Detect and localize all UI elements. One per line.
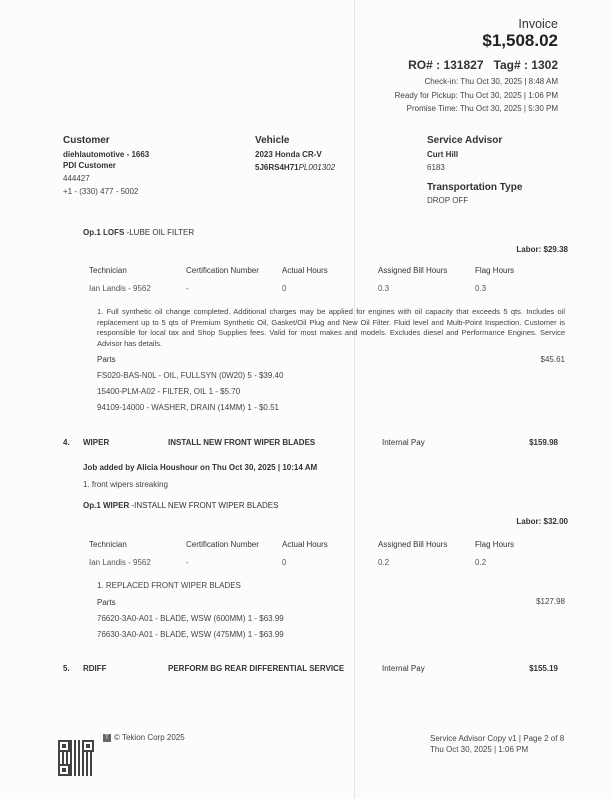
customer-id: 444427 [63, 173, 149, 184]
customer-phone: +1 - (330) 477 - 5002 [63, 186, 149, 197]
job4-added-by: Job added by Alicia Houshour on Thu Oct … [83, 463, 317, 472]
tekion-logo-icon: T [103, 734, 111, 742]
job3-flag-hours: 0.3 [475, 284, 486, 293]
job5-pay-type: Internal Pay [382, 664, 425, 673]
job3-parts-total: $45.61 [541, 355, 565, 364]
job3-header-flag-hours: Flag Hours [475, 266, 514, 275]
vehicle-label: Vehicle [255, 135, 335, 146]
job4-pay-type: Internal Pay [382, 438, 425, 447]
job3-part-3: 94109-14000 - WASHER, DRAIN (14MM) 1 - $… [97, 403, 279, 412]
job3-op-code: Op.1 LOFS [83, 228, 124, 237]
job3-certification: - [186, 284, 189, 293]
transportation-type-label: Transportation Type [427, 182, 522, 193]
job5-number: 5. [63, 664, 70, 673]
scan-fold-line [354, 0, 355, 799]
promise-time: Promise Time: Thu Oct 30, 2025 | 5:30 PM [407, 104, 558, 113]
vehicle-vin: 5J6RS4H71PL001302 [255, 162, 335, 173]
job4-operation: Op.1 WIPER -INSTALL NEW FRONT WIPER BLAD… [83, 501, 278, 510]
job4-concern: 1. front wipers streaking [83, 480, 168, 489]
job4-parts-label: Parts [97, 598, 116, 607]
service-advisor-name: Curt Hill [427, 149, 522, 160]
job5-title: PERFORM BG REAR DIFFERENTIAL SERVICE [168, 664, 344, 673]
job4-part-2: 76630-3A0-A01 - BLADE, WSW (475MM) 1 - $… [97, 630, 284, 639]
job4-header-assigned-bill-hours: Assigned Bill Hours [378, 540, 447, 549]
transportation-type-value: DROP OFF [427, 195, 522, 206]
job3-part-1: FS020-BAS-N0L - OIL, FULLSYN (0W20) 5 - … [97, 371, 283, 380]
job4-op-code: Op.1 WIPER [83, 501, 129, 510]
ready-for-pickup-time: Ready for Pickup: Thu Oct 30, 2025 | 1:0… [395, 91, 558, 100]
job3-header-actual-hours: Actual Hours [282, 266, 328, 275]
vehicle-section: Vehicle 2023 Honda CR-V 5J6RS4H71PL00130… [255, 135, 335, 173]
footer-copyright: T© Tekion Corp 2025 [103, 733, 185, 742]
job3-header-certification: Certification Number [186, 266, 259, 275]
job4-assigned-bill-hours: 0.2 [378, 558, 389, 567]
footer-printed-time: Thu Oct 30, 2025 | 1:06 PM [430, 745, 528, 754]
job4-op-desc: -INSTALL NEW FRONT WIPER BLADES [129, 501, 278, 510]
job3-parts-label: Parts [97, 355, 116, 364]
copyright-text: © Tekion Corp 2025 [114, 733, 185, 742]
vin-suffix: PL001302 [299, 163, 335, 172]
job4-code: WIPER [83, 438, 109, 447]
job5-code: RDIFF [83, 664, 107, 673]
job4-certification: - [186, 558, 189, 567]
job3-op-desc: -LUBE OIL FILTER [124, 228, 194, 237]
job3-labor: Labor: $29.38 [516, 245, 568, 254]
check-in-time: Check-in: Thu Oct 30, 2025 | 8:48 AM [424, 77, 558, 86]
footer-copy-info: Service Advisor Copy v1 | Page 2 of 8 [430, 734, 564, 743]
job4-number: 4. [63, 438, 70, 447]
job4-header-technician: Technician [89, 540, 127, 549]
job4-header-flag-hours: Flag Hours [475, 540, 514, 549]
service-advisor-label: Service Advisor [427, 135, 522, 146]
customer-section: Customer diehlautomotive - 1663 PDI Cust… [63, 135, 149, 197]
job4-parts-total: $127.98 [536, 597, 565, 606]
job4-actual-hours: 0 [282, 558, 286, 567]
customer-label: Customer [63, 135, 149, 146]
job4-header-certification: Certification Number [186, 540, 259, 549]
qr-code [58, 740, 94, 776]
service-advisor-section: Service Advisor Curt Hill 6183 Transport… [427, 135, 522, 206]
job3-part-2: 15400-PLM-A02 - FILTER, OIL 1 - $5.70 [97, 387, 240, 396]
invoice-total: $1,508.02 [482, 31, 558, 51]
job3-technician: Ian Landis - 9562 [89, 284, 151, 293]
service-advisor-id: 6183 [427, 162, 522, 173]
job4-part-1: 76620-3A0-A01 - BLADE, WSW (600MM) 1 - $… [97, 614, 284, 623]
job3-note: 1. Full synthetic oil change completed. … [97, 307, 565, 349]
job3-header-technician: Technician [89, 266, 127, 275]
ro-number: RO# : 131827 [408, 58, 483, 72]
customer-type: PDI Customer [63, 160, 149, 171]
job3-actual-hours: 0 [282, 284, 286, 293]
vehicle-description: 2023 Honda CR-V [255, 149, 335, 160]
job4-note: 1. REPLACED FRONT WIPER BLADES [97, 581, 241, 590]
job4-amount: $159.98 [529, 438, 558, 447]
tag-number: Tag# : 1302 [494, 58, 558, 72]
customer-name: diehlautomotive - 1663 [63, 149, 149, 160]
job4-title: INSTALL NEW FRONT WIPER BLADES [168, 438, 315, 447]
job4-labor: Labor: $32.00 [516, 517, 568, 526]
vin-prefix: 5J6RS4H71 [255, 163, 299, 172]
job4-technician: Ian Landis - 9562 [89, 558, 151, 567]
job4-header-actual-hours: Actual Hours [282, 540, 328, 549]
job3-operation: Op.1 LOFS -LUBE OIL FILTER [83, 228, 194, 237]
job4-flag-hours: 0.2 [475, 558, 486, 567]
invoice-label: Invoice [518, 17, 558, 31]
job3-header-assigned-bill-hours: Assigned Bill Hours [378, 266, 447, 275]
job5-amount: $155.19 [529, 664, 558, 673]
job3-assigned-bill-hours: 0.3 [378, 284, 389, 293]
ro-tag-line: RO# : 131827Tag# : 1302 [408, 58, 558, 72]
